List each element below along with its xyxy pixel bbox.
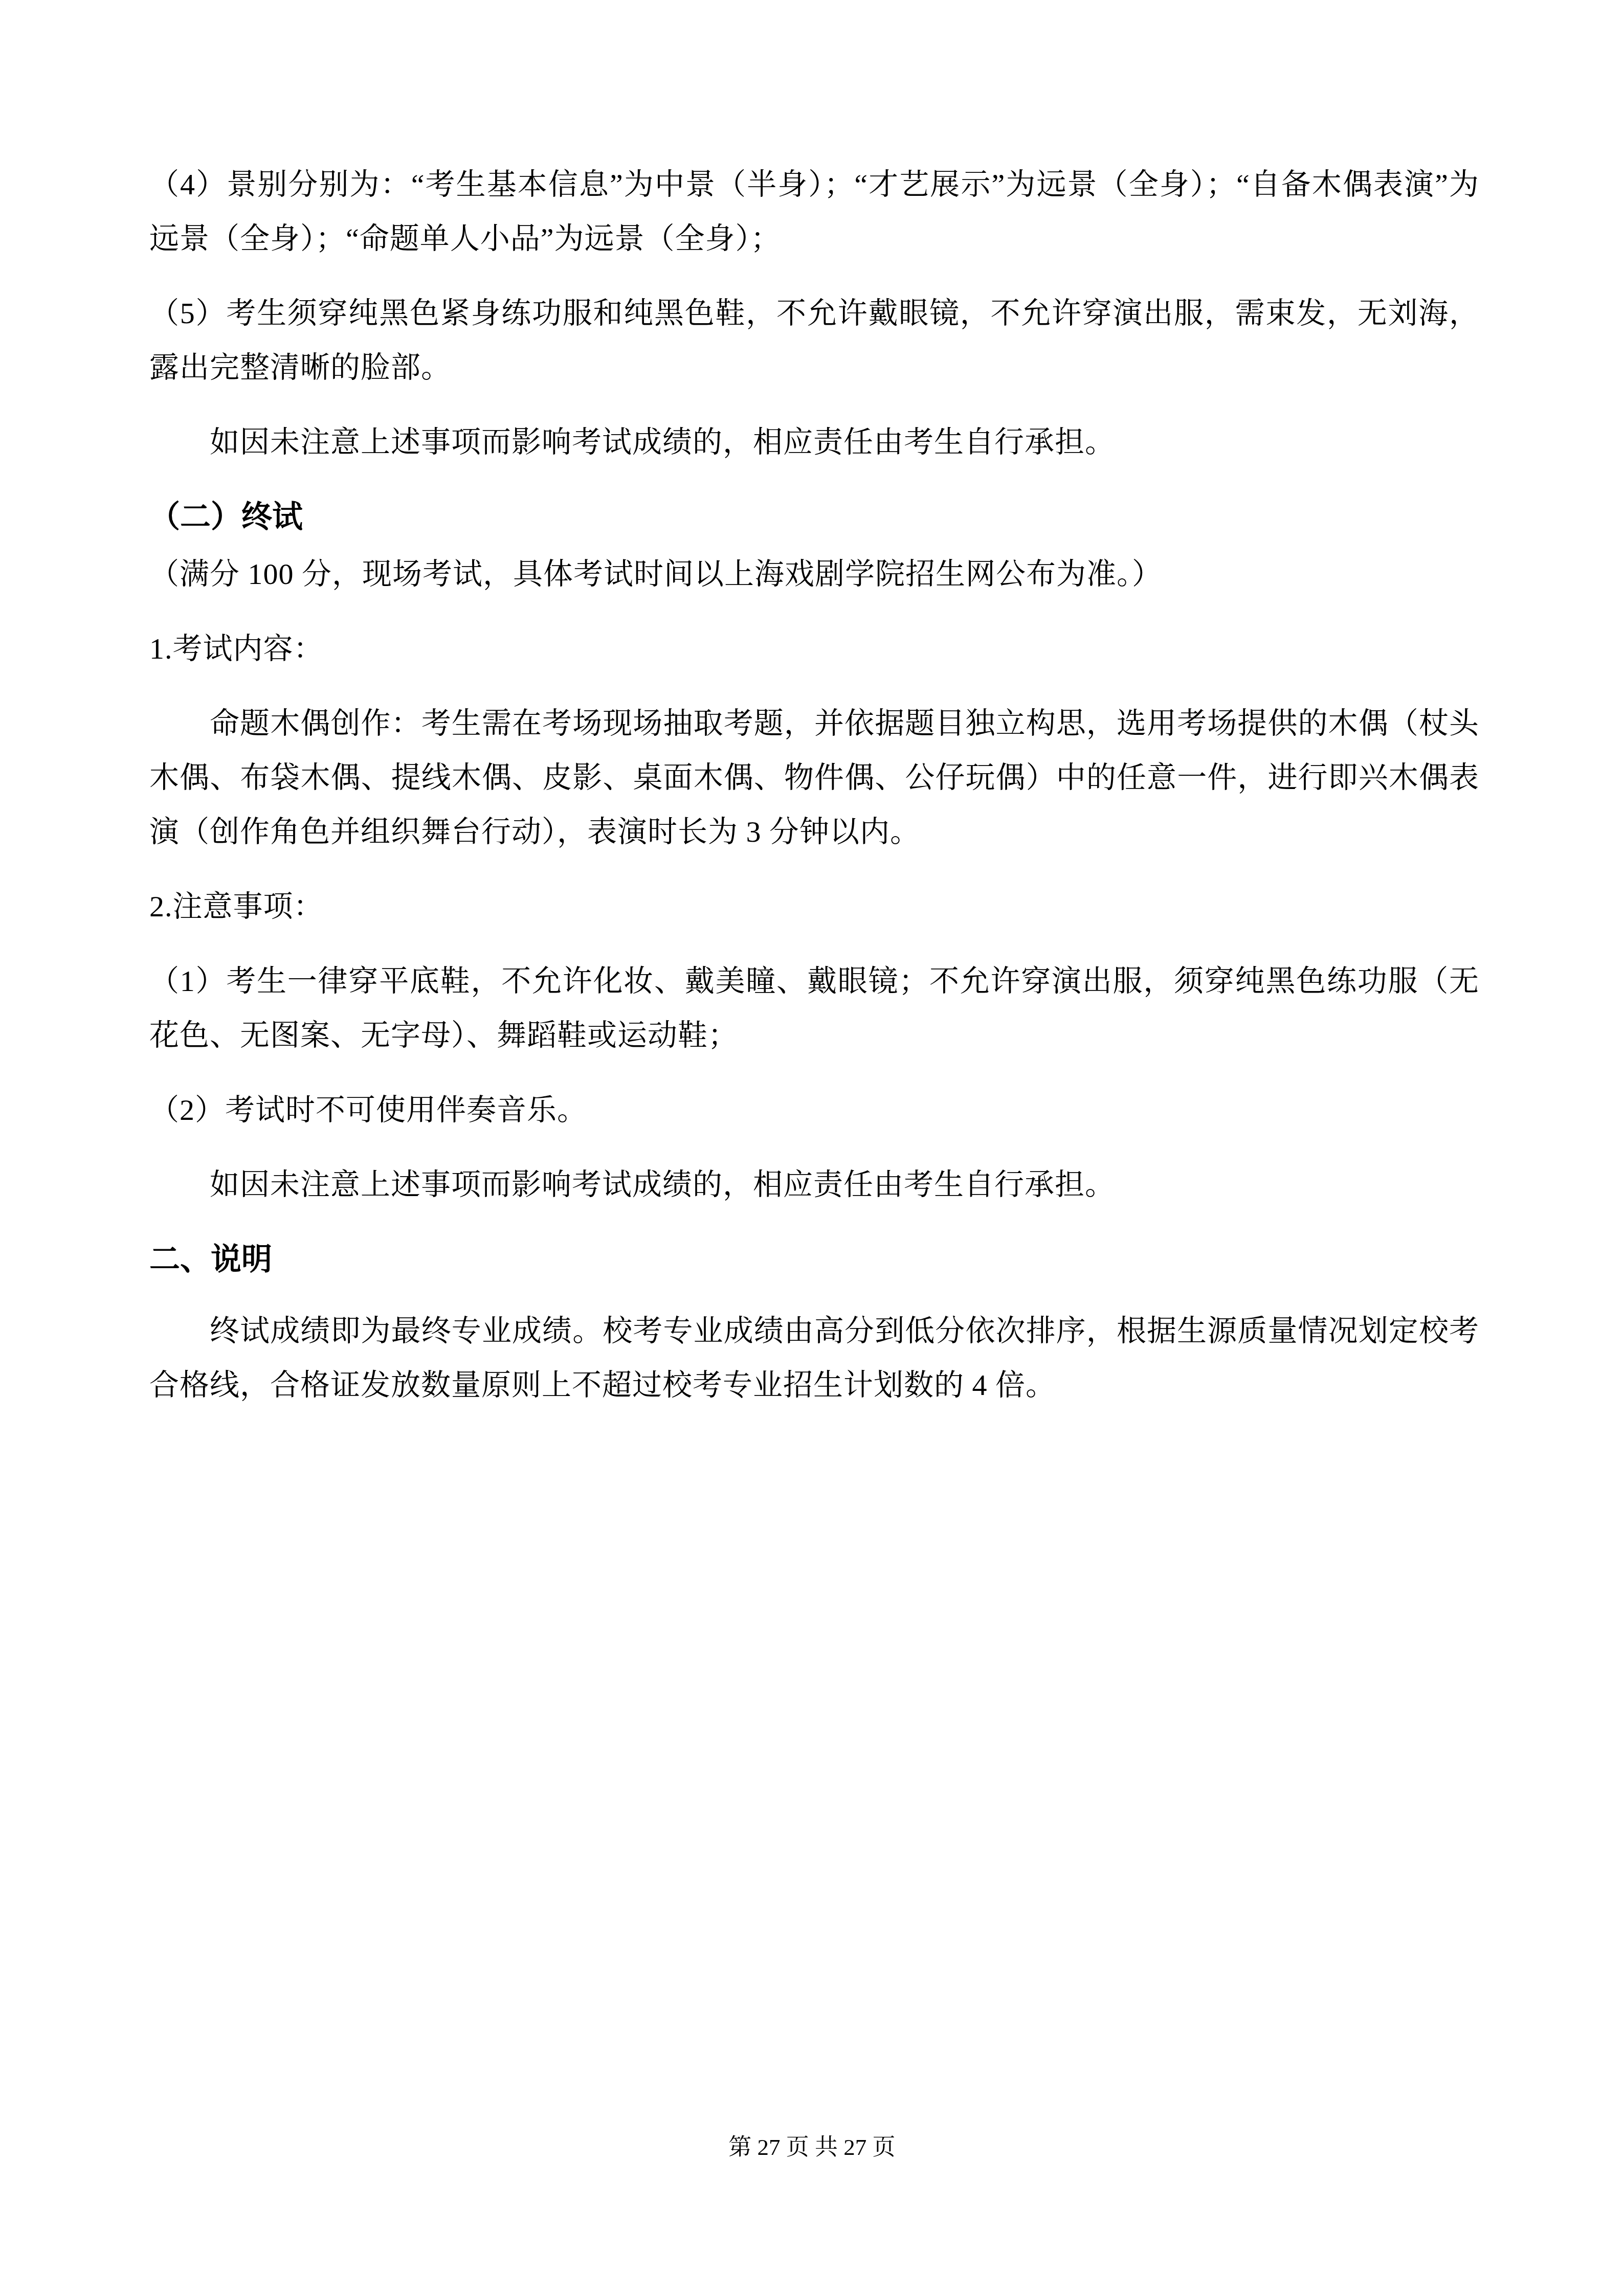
paragraph-exam-content-label: 1.考试内容：: [149, 622, 1479, 676]
paragraph-note-1: （1）考生一律穿平底鞋，不允许化妆、戴美瞳、戴眼镜；不允许穿演出服，须穿纯黑色练…: [149, 954, 1479, 1063]
paragraph-disclaimer-1: 如因未注意上述事项而影响考试成绩的，相应责任由考生自行承担。: [149, 415, 1479, 469]
paragraph-notes-label: 2.注意事项：: [149, 880, 1479, 934]
page-footer: 第 27 页 共 27 页: [0, 2129, 1624, 2165]
paragraph-note-2: （2）考试时不可使用伴奏音乐。: [149, 1083, 1479, 1137]
page-number-indicator: 第 27 页 共 27 页: [728, 2134, 895, 2160]
section-heading-explanation: 二、说明: [149, 1232, 1479, 1287]
paragraph-disclaimer-2: 如因未注意上述事项而影响考试成绩的，相应责任由考生自行承担。: [149, 1158, 1479, 1212]
paragraph-exam-content-detail: 命题木偶创作：考生需在考场现场抽取考题，并依据题目独立构思，选用考场提供的木偶（…: [149, 696, 1479, 859]
document-body: （4）景别分别为：“考生基本信息”为中景（半身）；“才艺展示”为远景（全身）；“…: [149, 157, 1479, 1433]
document-page: （4）景别分别为：“考生基本信息”为中景（半身）；“才艺展示”为远景（全身）；“…: [0, 0, 1624, 2296]
paragraph-explanation-detail: 终试成绩即为最终专业成绩。校考专业成绩由高分到低分依次排序，根据生源质量情况划定…: [149, 1304, 1479, 1412]
paragraph-item-4: （4）景别分别为：“考生基本信息”为中景（半身）；“才艺展示”为远景（全身）；“…: [149, 157, 1479, 266]
paragraph-item-5: （5）考生须穿纯黑色紧身练功服和纯黑色鞋，不允许戴眼镜，不允许穿演出服，需束发，…: [149, 286, 1479, 395]
paragraph-score-note: （满分 100 分，现场考试，具体考试时间以上海戏剧学院招生网公布为准。）: [149, 547, 1479, 601]
section-heading-final-exam: （二）终试: [149, 490, 1479, 544]
